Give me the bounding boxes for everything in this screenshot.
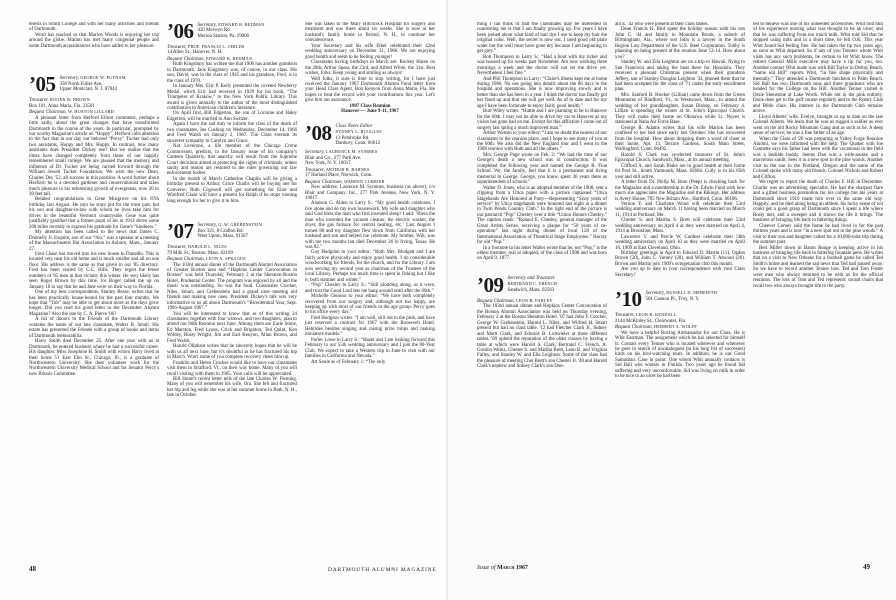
treasurer-line: Treasurer, LEON B. KENDALL2144 McKinley … bbox=[615, 312, 745, 324]
paragraph: Porter Lowe to Larry S.: “Hazel and I ar… bbox=[305, 338, 435, 360]
secretary-address: Secretary, GEORGE W. PUTNAM 358 North Fu… bbox=[60, 75, 126, 92]
class-year: ’09 bbox=[477, 276, 504, 295]
paragraph: Again I have the sad duty to inform the … bbox=[167, 122, 297, 144]
running-footer-magazine: DARTMOUTH ALUMNI MAGAZINE bbox=[328, 567, 437, 573]
column-6: led to believe was one of his unneeded a… bbox=[753, 22, 883, 522]
paragraph: Cheever Comey sold the home he had lived… bbox=[753, 224, 883, 246]
paragraph: thing I can think of that the classmates… bbox=[477, 22, 607, 55]
class-1906-header: ’06 Secretary, EDWARD B. REDMAN 420 Merw… bbox=[167, 22, 297, 41]
treasurer-line: Treasurer, ARTHUR B. BARNES17 Harland Pl… bbox=[305, 167, 435, 179]
paragraph: Guy Hodgdon to your editor: “Both Mrs. B… bbox=[305, 250, 435, 283]
paragraph: “Pop” Chesley to Larry S.: “Still ploddi… bbox=[305, 283, 435, 294]
paragraph: Harold Oliphant writes that he sincerely… bbox=[167, 344, 297, 360]
class-1907-header: ’07 Secretary, G. W. GREBENSTEIN Box 321… bbox=[167, 222, 297, 241]
paragraph: Nat Leverone, a life member of the Chica… bbox=[167, 144, 297, 177]
reunion-notice: 1907 Class ReunionHanover — June 9-11, 1… bbox=[305, 104, 435, 115]
paragraph: Dean Francis H. Bird spent the holiday s… bbox=[615, 27, 745, 60]
secretary-address: Secretary, RUSSELL D. MEREDITH 501 Canno… bbox=[646, 290, 718, 302]
paragraph: Belated congratulations to Gene Musgrove… bbox=[29, 197, 159, 230]
secretary-address: Secretary, EDWARD B. REDMAN 420 Merwyn R… bbox=[198, 22, 265, 39]
paragraph: Bert Miller down in Baton Rouge is keepi… bbox=[753, 246, 883, 290]
paragraph: Bill Smart's recent letter tells of the … bbox=[167, 377, 297, 399]
paragraph: Arthur Watson to your editor: “I am no d… bbox=[477, 131, 607, 153]
paragraph: Lawrence V. and Percie W. Cardner celebr… bbox=[615, 235, 745, 251]
paragraph: Classmates having birthdays in March are… bbox=[305, 60, 435, 76]
column-3: She was taken to the Mary Hitchcock Hosp… bbox=[305, 22, 435, 532]
class-1905-header: ’05 Secretary, GEORGE W. PUTNAM 358 Nort… bbox=[29, 75, 159, 94]
issue-date: Issue of March 1967 bbox=[477, 565, 528, 571]
class-year: ’06 bbox=[167, 22, 194, 41]
column-1: terests in Smith College and with her ma… bbox=[29, 22, 159, 522]
paragraph: A list of donors to the Friends of the D… bbox=[29, 317, 159, 339]
paragraph: The 103rd annual dinner of the Dartmouth… bbox=[167, 263, 297, 312]
column-4: thing I can think of that the classmates… bbox=[477, 22, 607, 534]
class-1909-header: ’09 Secretary and Treasurer BERTRAND C. … bbox=[477, 276, 607, 295]
paragraph: Clifford A. and Sarah Blake are in good … bbox=[615, 164, 745, 180]
treasurer-line: Treasurer, PROF. FRANCIS L. CHILDS14 All… bbox=[167, 44, 297, 56]
paragraph: Are you up to date in your correspondenc… bbox=[615, 267, 745, 278]
paragraph: Vernon F. and Charlotte Wood will celebr… bbox=[615, 202, 745, 218]
paragraph: Walter D. Jones, who is an adopted membe… bbox=[477, 186, 607, 246]
paragraph: Chester S. and Martha S. Brett will cele… bbox=[615, 218, 745, 234]
paragraph: Stanley W. and Ella Leighton are on a tr… bbox=[615, 60, 745, 93]
paragraph: And Phil Thompson to Larry: “Claire's il… bbox=[477, 77, 607, 110]
editor-address: Class Notes Editor SYDNEY L. RUGGLES 13 … bbox=[336, 124, 382, 147]
paragraph: Ruth Kingsbury has written me that 1906 … bbox=[167, 62, 297, 84]
paragraph: Fred Hodgson writes: “I am well, still n… bbox=[305, 316, 435, 338]
paragraph: When the Class of '26 was preparing at V… bbox=[753, 137, 883, 181]
paragraph: Well folks, it sure is time to stop writ… bbox=[305, 77, 435, 104]
paragraph: led to believe was one of his unneeded a… bbox=[753, 22, 883, 115]
paragraph: Mrs. Sanford B. Hooker (Lillian) came do… bbox=[615, 93, 745, 126]
paragraph: Harry Smith died December 25. After one … bbox=[29, 339, 159, 377]
paragraph: Art Soule as of February 1: “The only bbox=[305, 360, 435, 365]
paragraph: Michelle Gleason to your editor: “We hav… bbox=[305, 294, 435, 316]
secretary-address: Secretary and Treasurer BERTRAND C. FREN… bbox=[508, 276, 558, 293]
paragraph: Fred Chase has moved into his new house … bbox=[29, 252, 159, 290]
column-2: ’06 Secretary, EDWARD B. REDMAN 420 Merw… bbox=[167, 22, 297, 532]
secretary-line: Secretary, LAURENCE M. SYMMESBlair and C… bbox=[305, 149, 435, 166]
class-year: ’08 bbox=[305, 124, 332, 143]
paragraph: Lloyd Alberts' wife, Evelyn, brought us … bbox=[753, 115, 883, 137]
paragraph: In January Mrs. Eric P. Kelly presented … bbox=[167, 84, 297, 111]
paragraph: Word has reached us that Marion Woods is… bbox=[29, 33, 159, 49]
class-year: ’10 bbox=[615, 290, 642, 309]
paragraph: My attention has been called to the news… bbox=[29, 230, 159, 252]
left-page: terests in Smith College and with her ma… bbox=[0, 0, 448, 600]
page-number-left: 48 bbox=[29, 565, 36, 573]
right-page: thing I can think of that the classmates… bbox=[448, 0, 896, 600]
paragraph: George R. Adams writes that his wife Mar… bbox=[615, 126, 745, 153]
paragraph: Mrs. George Page wrote on Feb. 2: “We ha… bbox=[477, 153, 607, 186]
paragraph: In the month of March Catherine Chaplin … bbox=[167, 177, 297, 204]
page-number-right: 49 bbox=[863, 563, 870, 571]
paragraph: You will be interested to know that as o… bbox=[167, 312, 297, 345]
paragraph: Harold S. Clark was re-elected treasurer… bbox=[615, 153, 745, 164]
carryover-text: terests in Smith College and with her ma… bbox=[29, 22, 159, 33]
paragraph: Bob Thompson to Larry S.: “Had a bout wi… bbox=[477, 55, 607, 77]
treasurer-line: Treasurer, ROGER W. BROWNBox 101, Anna M… bbox=[29, 97, 159, 109]
paragraph: Burt Wiley writes: “Hattie and I are pla… bbox=[477, 109, 607, 131]
paragraph: A pleasant letter from Herford Elliott c… bbox=[29, 116, 159, 198]
paragraph: On April first, Bill Edgerton, the son o… bbox=[167, 111, 297, 122]
paragraph: Franklin and Helen Crocker would like to… bbox=[167, 361, 297, 377]
column-5: ald E. '42 who were present at their cla… bbox=[615, 22, 745, 534]
paragraph: Alanson G. Alden to Larry S.: “My good h… bbox=[305, 201, 435, 250]
class-year: ’07 bbox=[167, 222, 194, 241]
paragraph: We have a helpful Roving Ambassador for … bbox=[615, 331, 745, 380]
paragraph: One of my best correspondents, Stanley B… bbox=[29, 290, 159, 317]
paragraph: Your Secretary and his wife Ethel celebr… bbox=[305, 44, 435, 60]
paragraph: A letter from Dr. Philip M. Ross (Peep) … bbox=[615, 180, 745, 202]
paragraph: We regret to report the death of Charles… bbox=[753, 180, 883, 224]
secretary-address: Secretary, G. W. GREBENSTEIN Box 321, 8 … bbox=[198, 222, 263, 239]
paragraph: She was taken to the Mary Hitchcock Hosp… bbox=[305, 22, 435, 44]
class-1910-header: ’10 Secretary, RUSSELL D. MEREDITH 501 C… bbox=[615, 290, 745, 309]
paragraph: The 103rd annual dinner and Hopkins Cent… bbox=[477, 304, 607, 369]
paragraph: Birthday greetings in April to Edward D.… bbox=[615, 251, 745, 267]
class-year: ’05 bbox=[29, 75, 56, 94]
treasurer-line: Treasurer, HAROLD L. NILES79 Milk St., B… bbox=[167, 244, 297, 256]
paragraph: New address: Laurence M. Symmes, busines… bbox=[305, 185, 435, 201]
paragraph: In a footnote to his letter Walter wrote… bbox=[477, 246, 607, 262]
class-1908-header: ’08 Class Notes Editor SYDNEY L. RUGGLES… bbox=[305, 124, 435, 147]
